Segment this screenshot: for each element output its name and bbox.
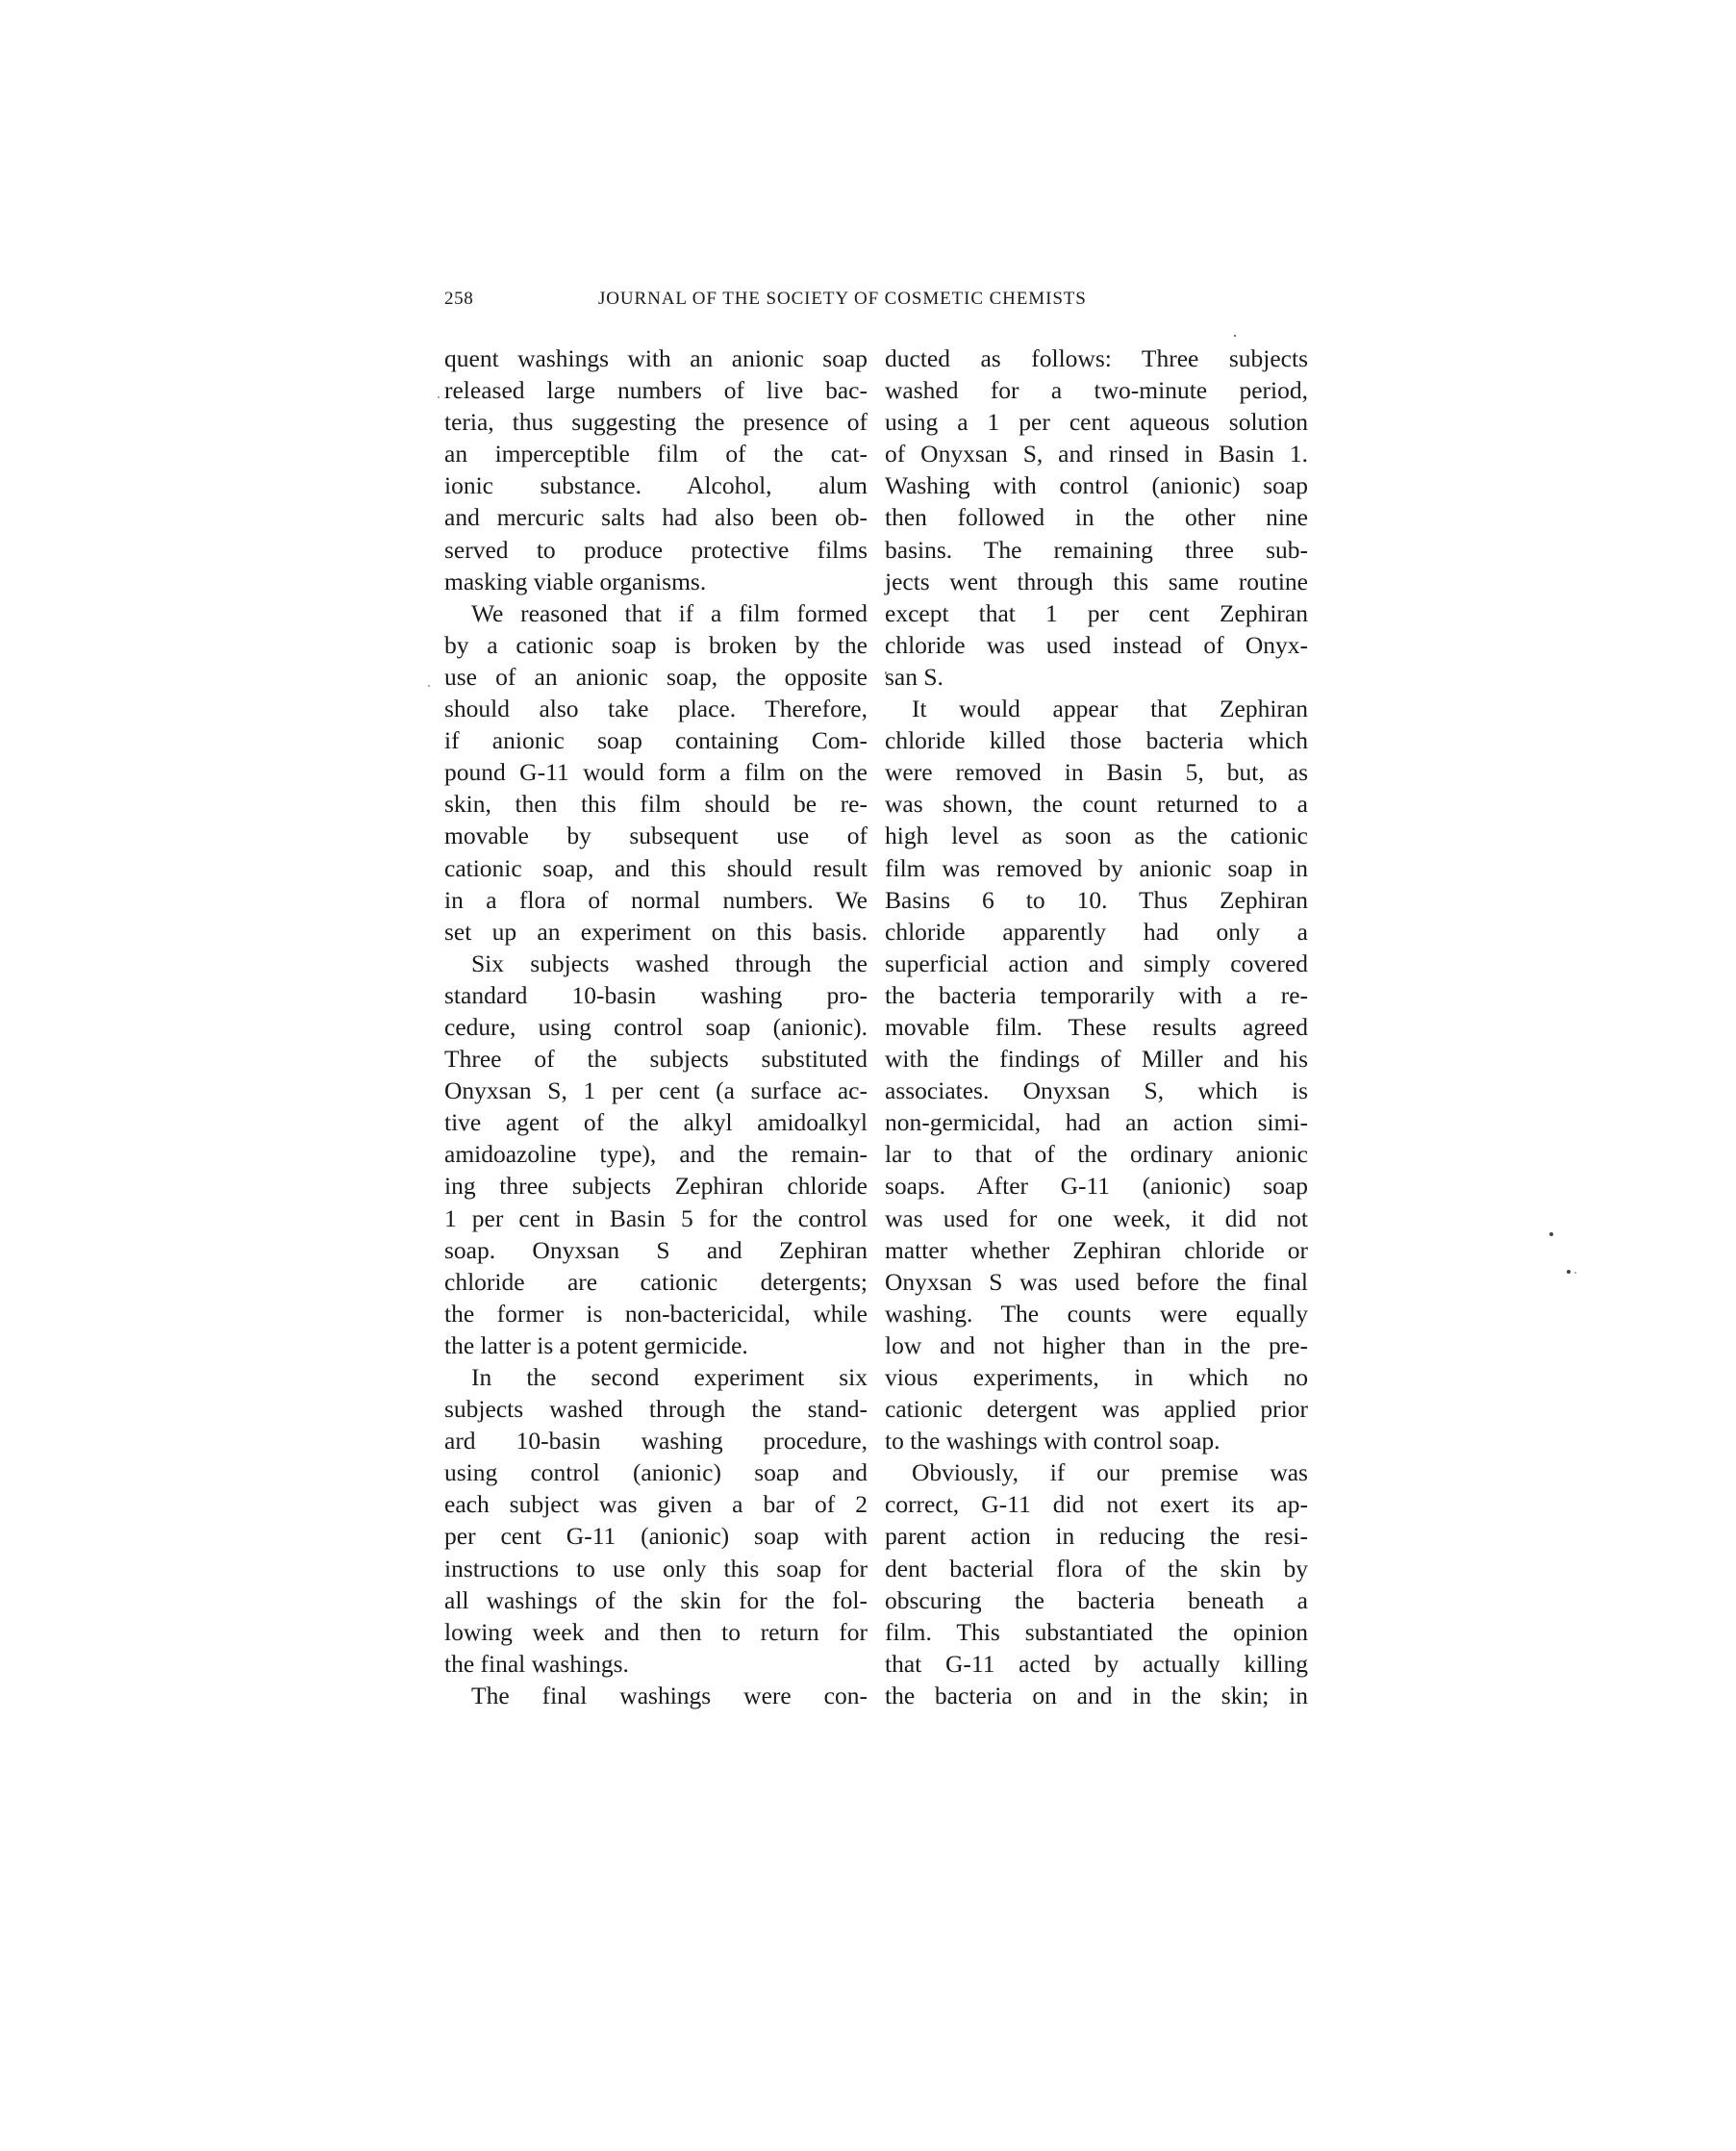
text-line: chloride was used instead of Onyx- [885,629,1308,661]
text-line: Washing with control (anionic) soap [885,469,1308,501]
text-line: 1 per cent in Basin 5 for the control [444,1202,868,1234]
text-line: In the second experiment six [444,1361,868,1393]
text-line: lowing week and then to return for [444,1616,868,1648]
text-line: with the findings of Miller and his [885,1043,1308,1075]
text-line: ing three subjects Zephiran chloride [444,1170,868,1202]
scan-speck [885,671,887,674]
text-line: in a flora of normal numbers. We [444,884,868,916]
text-line: if anionic soap containing Com- [444,724,868,756]
text-line: teria, thus suggesting the presence of [444,406,868,438]
text-line: quent washings with an anionic soap [444,342,868,374]
text-line: Onyxsan S was used before the final [885,1266,1308,1298]
text-line: movable by subsequent use of [444,820,868,851]
text-line: were removed in Basin 5, but, as [885,756,1308,788]
text-line: subjects washed through the stand- [444,1393,868,1425]
text-line: parent action in reducing the resi- [885,1520,1308,1552]
text-line: lar to that of the ordinary anionic [885,1138,1308,1170]
running-head: 258 JOURNAL OF THE SOCIETY OF COSMETIC C… [444,289,1308,314]
text-line: chloride killed those bacteria which [885,724,1308,756]
text-line: high level as soon as the cationic [885,820,1308,851]
text-line: released large numbers of live bac- [444,374,868,406]
journal-title: JOURNAL OF THE SOCIETY OF COSMETIC CHEMI… [598,289,1087,310]
text-line: use of an anionic soap, the opposite [444,661,868,693]
text-line: superficial action and simply covered [885,948,1308,979]
text-line: per cent G-11 (anionic) soap with [444,1520,868,1552]
scan-speck [1567,1270,1571,1274]
text-line: washing. The counts were equally [885,1298,1308,1329]
text-line: using control (anionic) soap and [444,1456,868,1488]
text-line: correct, G-11 did not exert its ap- [885,1488,1308,1520]
text-line: movable film. These results agreed [885,1011,1308,1043]
text-line: low and not higher than in the pre- [885,1329,1308,1361]
text-line: cationic detergent was applied prior [885,1393,1308,1425]
text-line: pound G-11 would form a film on the [444,756,868,788]
text-line: matter whether Zephiran chloride or [885,1234,1308,1266]
text-line: ard 10-basin washing procedure, [444,1425,868,1456]
text-line: cationic soap, and this should result [444,852,868,884]
text-line: soaps. After G-11 (anionic) soap [885,1170,1308,1202]
text-line: masking viable organisms. [444,566,868,597]
journal-page: 258 JOURNAL OF THE SOCIETY OF COSMETIC C… [0,0,1736,2151]
text-line: of Onyxsan S, and rinsed in Basin 1. [885,438,1308,469]
text-line: then followed in the other nine [885,501,1308,533]
text-line: the former is non-bactericidal, while [444,1298,868,1329]
text-line: instructions to use only this soap for [444,1553,868,1584]
text-line: jects went through this same routine [885,566,1308,597]
text-line: Basins 6 to 10. Thus Zephiran [885,884,1308,916]
text-line: all washings of the skin for the fol- [444,1584,868,1616]
text-line: basins. The remaining three sub- [885,534,1308,566]
text-line: that G-11 acted by actually killing [885,1648,1308,1680]
text-line: an imperceptible film of the cat- [444,438,868,469]
text-line: by a cationic soap is broken by the [444,629,868,661]
scan-speck [1549,1232,1553,1236]
text-line: Three of the subjects substituted [444,1043,868,1075]
text-line: using a 1 per cent aqueous solution [885,406,1308,438]
text-line: Obviously, if our premise was [885,1456,1308,1488]
text-line: to the washings with control soap. [885,1425,1308,1456]
scan-speck [438,396,440,398]
text-line: Six subjects washed through the [444,948,868,979]
text-line: dent bacterial flora of the skin by [885,1553,1308,1584]
text-line: vious experiments, in which no [885,1361,1308,1393]
text-line: amidoazoline type), and the remain- [444,1138,868,1170]
text-line: soap. Onyxsan S and Zephiran [444,1234,868,1266]
text-line: except that 1 per cent Zephiran [885,597,1308,629]
text-line: the bacteria on and in the skin; in [885,1680,1308,1711]
text-line: served to produce protective films [444,534,868,566]
text-line: associates. Onyxsan S, which is [885,1075,1308,1106]
text-line: The final washings were con- [444,1680,868,1711]
text-column-left: quent washings with an anionic soaprelea… [444,342,868,1711]
text-line: We reasoned that if a film formed [444,597,868,629]
text-line: each subject was given a bar of 2 [444,1488,868,1520]
scan-speck [1234,335,1236,337]
text-line: non-germicidal, had an action simi- [885,1106,1308,1138]
text-line: ionic substance. Alcohol, alum [444,469,868,501]
text-line: obscuring the bacteria beneath a [885,1584,1308,1616]
text-line: set up an experiment on this basis. [444,916,868,948]
text-line: the bacteria temporarily with a re- [885,979,1308,1011]
text-line: standard 10-basin washing pro- [444,979,868,1011]
text-line: It would appear that Zephiran [885,693,1308,724]
text-column-right: ducted as follows: Three subjectswashed … [885,342,1308,1711]
text-line: the latter is a potent germicide. [444,1329,868,1361]
scan-speck [1574,1272,1576,1274]
page-number: 258 [444,289,473,310]
text-line: was used for one week, it did not [885,1202,1308,1234]
text-line: the final washings. [444,1648,868,1680]
text-line: chloride are cationic detergents; [444,1266,868,1298]
text-line: chloride apparently had only a [885,916,1308,948]
text-line: film. This substantiated the opinion [885,1616,1308,1648]
scan-speck [428,685,430,687]
text-line: was shown, the count returned to a [885,788,1308,820]
text-line: ducted as follows: Three subjects [885,342,1308,374]
text-line: tive agent of the alkyl amidoalkyl [444,1106,868,1138]
text-line: film was removed by anionic soap in [885,852,1308,884]
text-line: should also take place. Therefore, [444,693,868,724]
text-line: and mercuric salts had also been ob- [444,501,868,533]
text-line: washed for a two-minute period, [885,374,1308,406]
text-line: san S. [885,661,1308,693]
text-line: cedure, using control soap (anionic). [444,1011,868,1043]
text-line: skin, then this film should be re- [444,788,868,820]
text-line: Onyxsan S, 1 per cent (a surface ac- [444,1075,868,1106]
